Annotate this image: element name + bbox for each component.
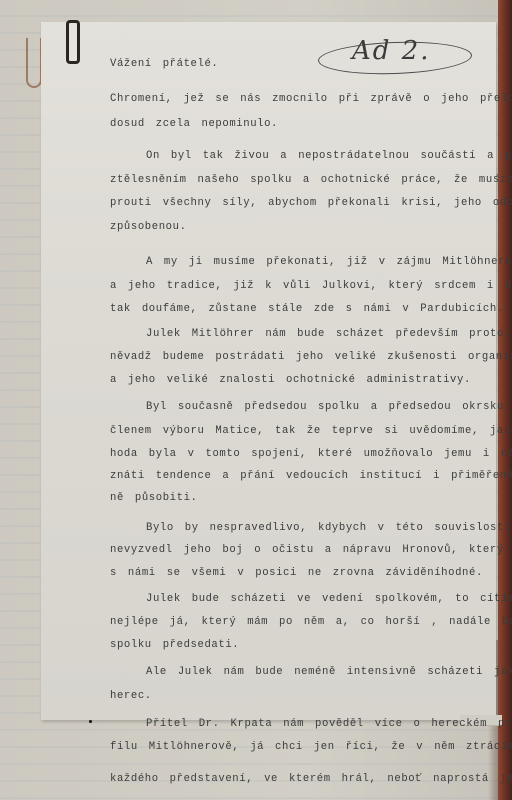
text-line: hoda byla v tomto spojení, které umožňov… [110, 448, 512, 460]
text-line: Ale Julek nám bude neméně intensivně sch… [110, 666, 512, 678]
text-line: Vážení přátelé. [110, 58, 218, 70]
text-line: filu Mitlöhnerově, já chci jen říci, že … [110, 741, 512, 753]
text-line: Julek Mitlöhrer nám bude scházet předevš… [110, 328, 512, 340]
text-line: Julek bude scházeti ve vedení spolkovém,… [110, 593, 512, 605]
rust-stain-mark [26, 38, 42, 88]
text-line: On byl tak živou a nepostrádatelnou souč… [110, 150, 512, 162]
text-line: A my ji musíme překonati, již v zájmu Mi… [110, 256, 512, 268]
text-line: tak doufáme, zůstane stále zde s námi v … [110, 303, 504, 315]
text-line: spolku předsedati. [110, 639, 239, 651]
text-line: dosud zcela nepominulo. [110, 118, 278, 130]
text-line: Přítel Dr. Krpata nám pověděl více o her… [110, 718, 512, 730]
text-line: znáti tendence a přání vedoucích institu… [110, 470, 512, 482]
text-line: Bylo by nespravedlivo, kdybych v této so… [110, 522, 511, 534]
text-line: a jeho veliké znalosti ochotnické admini… [110, 374, 471, 386]
paper-clip-icon [66, 20, 80, 64]
text-line: herec. [110, 690, 152, 702]
text-line: nevyzvedl jeho boj o očistu a nápravu Hr… [110, 544, 512, 556]
ink-dot [89, 720, 92, 723]
text-line: členem výboru Matice, tak že teprve si u… [110, 425, 512, 437]
text-line: něvadž budeme postrádati jeho veliké zku… [110, 351, 512, 363]
text-line: s námi se všemi v posici ne zrovna závid… [110, 567, 483, 579]
text-line: ztělesněním našeho spolku a ochotnické p… [110, 174, 512, 186]
text-line: a jeho tradice, již k vůli Julkovi, kter… [110, 280, 512, 292]
text-line: nejlépe já, který mám po něm a, co horší… [110, 616, 512, 628]
handwritten-annotation: Ad 2. [352, 36, 431, 66]
text-line: prouti všechny síly, abychom překonali k… [110, 197, 512, 209]
text-line: Chromení, jež se nás zmocnilo při zprávě… [110, 93, 512, 105]
text-line: způsobenou. [110, 221, 187, 233]
text-line: každého představení, ve kterém hrál, neb… [110, 773, 512, 785]
text-line: ně působiti. [110, 492, 198, 504]
binding-edge [498, 0, 512, 800]
text-line: Byl současně předsedou spolku a předsedo… [110, 401, 512, 413]
